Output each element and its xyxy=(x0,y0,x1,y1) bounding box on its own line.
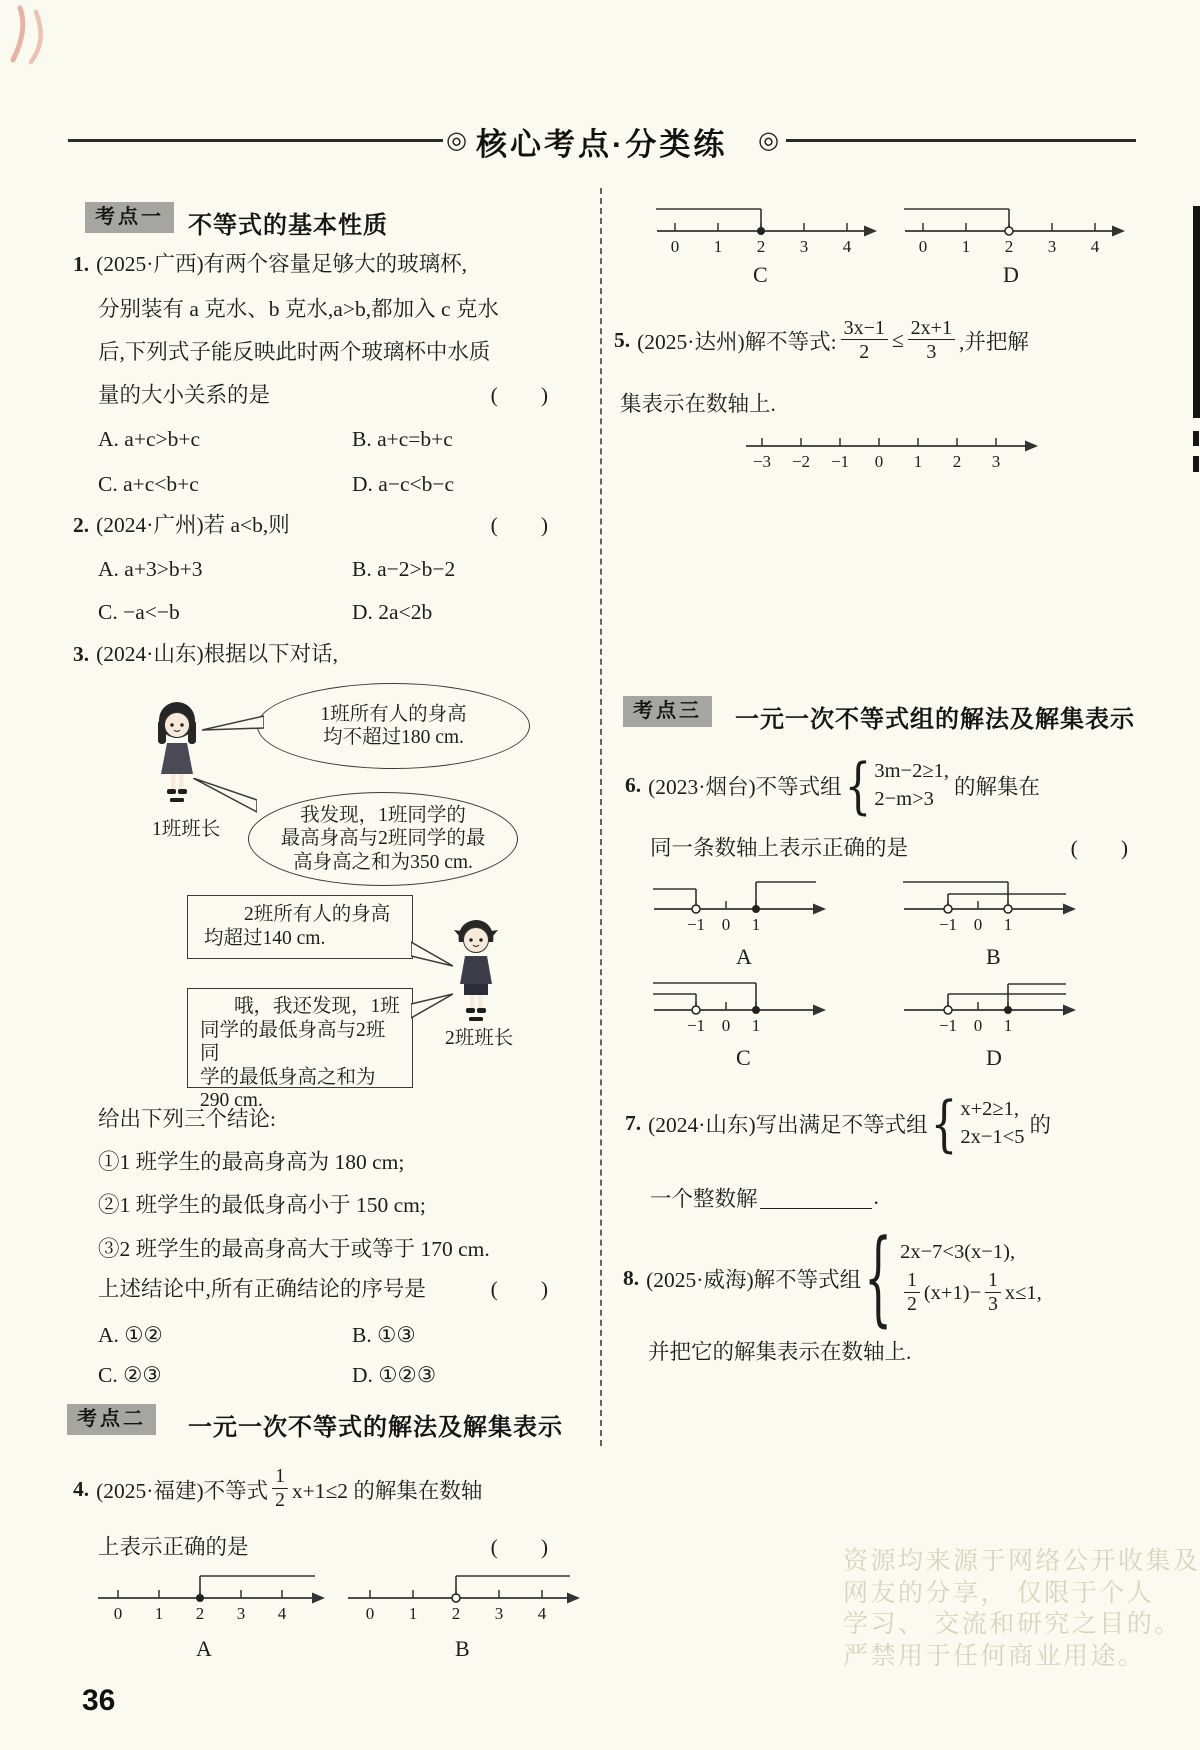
relation-symbol: ≤ xyxy=(892,328,904,353)
page-title: 核心考点·分类练 xyxy=(476,119,727,164)
numberline-q6-D: −101 xyxy=(898,977,1078,1046)
question-text: (2024·广州)若 a<b,则 xyxy=(96,513,290,537)
svg-text:2: 2 xyxy=(196,1604,205,1623)
svg-text:2: 2 xyxy=(452,1604,461,1623)
question-number: 4. xyxy=(73,1477,96,1502)
question-6-line-1: 6. (2023·烟台)不等式组 { 3m−2≥1, 2−m>3 的解集在 xyxy=(625,752,1137,818)
question-number: 2. xyxy=(73,513,96,537)
question-number: 8. xyxy=(623,1266,646,1291)
watermark-line: 网友的分享， 仅限于个人 xyxy=(843,1578,1200,1610)
scan-edge-bar xyxy=(1193,206,1200,418)
svg-text:−1: −1 xyxy=(687,1016,705,1035)
speech-bubble-2: 我发现，1班同学的 最高身高与2班同学的最 高身高之和为350 cm. xyxy=(248,792,518,886)
svg-text:0: 0 xyxy=(722,1016,731,1035)
svg-text:3: 3 xyxy=(992,452,1001,471)
system-row: 2−m>3 xyxy=(874,785,949,813)
header-rule-left xyxy=(68,139,443,142)
svg-text:0: 0 xyxy=(974,1016,983,1035)
question-1-line-2: 分别装有 a 克水、b 克水,a>b,都加入 c 克水 xyxy=(98,294,499,324)
question-number: 7. xyxy=(625,1111,648,1136)
bubble-text: 高身高之和为350 cm. xyxy=(249,851,517,875)
fraction: 2x+1 3 xyxy=(908,317,955,364)
option-B: B. ①③ xyxy=(352,1320,416,1350)
brace-icon: { xyxy=(931,1087,958,1158)
question-number: 1. xyxy=(73,252,96,276)
question-number: 3. xyxy=(73,642,96,666)
question-3-conclusion-lead: 给出下列三个结论: xyxy=(98,1104,276,1134)
option-A: A. a+c>b+c xyxy=(98,424,352,454)
svg-text:1: 1 xyxy=(1004,915,1013,934)
option-A: A. a+3>b+3 xyxy=(98,554,352,584)
bubble-text: 同学的最低身高与2班同 xyxy=(200,1019,404,1066)
answer-paren: ( ) xyxy=(491,1532,548,1562)
ornament-icon: ◎ xyxy=(446,126,467,155)
svg-text:3: 3 xyxy=(1048,237,1057,256)
question-4-line-2: 上表示正确的是 ( ) xyxy=(98,1532,548,1562)
svg-text:−1: −1 xyxy=(831,452,849,471)
svg-text:0: 0 xyxy=(875,452,884,471)
svg-text:1: 1 xyxy=(914,452,923,471)
question-text: (2025·威海)解不等式组 xyxy=(646,1263,861,1294)
bubble-tail xyxy=(202,708,264,740)
question-text: 同一条数轴上表示正确的是 xyxy=(650,833,908,863)
svg-text:0: 0 xyxy=(722,915,731,934)
inequality-system: x+2≥1, 2x−1<5 xyxy=(960,1095,1024,1151)
fraction-denominator: 3 xyxy=(926,340,936,363)
question-3-options-row-1: A. ①② B. ①③ xyxy=(98,1320,548,1350)
question-text: . xyxy=(874,1185,879,1210)
watermark: 资源均来源于网络公开收集及 网友的分享， 仅限于个人 学习、 交流和研究之目的。… xyxy=(843,1546,1200,1672)
fraction-denominator: 2 xyxy=(275,1489,285,1512)
bubble-text: 2班所有人的身高 xyxy=(204,903,402,927)
question-8-line-2: 并把它的解集表示在数轴上. xyxy=(648,1337,911,1367)
workbook-page: ◎ 核心考点·分类练 ◎ 考点一 不等式的基本性质 1.(2025·广西)有两个… xyxy=(0,0,1200,1750)
header-rule-right xyxy=(786,139,1136,142)
question-1-line-4: 量的大小关系的是 ( ) xyxy=(98,380,548,410)
inequality-system: 3m−2≥1, 2−m>3 xyxy=(874,757,949,813)
numberline-label-D: D xyxy=(1003,262,1019,288)
scan-edge-dash xyxy=(1193,431,1199,446)
svg-text:−2: −2 xyxy=(792,452,810,471)
speech-bubble-3: 2班所有人的身高 均超过140 cm. xyxy=(187,895,413,959)
question-text: 量的大小关系的是 xyxy=(98,380,270,410)
svg-text:0: 0 xyxy=(974,915,983,934)
boy-avatar xyxy=(450,918,502,1024)
question-text: 一个整数解 xyxy=(650,1182,758,1213)
svg-text:1: 1 xyxy=(752,915,761,934)
question-3-conclusion-1: ①1 班学生的最高身高为 180 cm; xyxy=(98,1147,404,1177)
section-title-2: 一元一次不等式的解法及解集表示 xyxy=(188,1407,563,1442)
section-badge-1: 考点一 xyxy=(85,202,174,233)
fraction: 1 2 xyxy=(904,1270,920,1316)
question-2-options-row-1: A. a+3>b+3 B. a−2>b−2 xyxy=(98,554,548,584)
svg-text:2: 2 xyxy=(1005,237,1014,256)
svg-text:4: 4 xyxy=(1091,237,1100,256)
fraction: 1 2 xyxy=(272,1466,288,1512)
system-row: 2x−1<5 xyxy=(960,1123,1024,1151)
system-row: 1 2 (x+1)− 1 3 x≤1, xyxy=(900,1267,1042,1319)
question-8-line-1: 8. (2025·威海)解不等式组 { 2x−7<3(x−1), 1 2 (x+… xyxy=(623,1222,1138,1334)
numberline-q4-B: 01234 xyxy=(342,1570,582,1639)
bubble-tail xyxy=(411,992,453,1022)
question-text: x+1≤2 的解集在数轴 xyxy=(292,1474,483,1505)
question-7-line-2: 一个整数解 . xyxy=(650,1180,879,1214)
question-1-line-1: 1.(2025·广西)有两个容量足够大的玻璃杯, xyxy=(73,249,467,279)
question-text: 上述结论中,所有正确结论的序号是 xyxy=(98,1274,426,1304)
svg-text:1: 1 xyxy=(155,1604,164,1623)
question-number: 5. xyxy=(614,328,637,353)
fraction: 1 3 xyxy=(985,1270,1001,1316)
watermark-line: 严禁用于任何商业用途。 xyxy=(843,1641,1200,1673)
section-title-1: 不等式的基本性质 xyxy=(188,205,388,240)
svg-text:−3: −3 xyxy=(753,452,771,471)
column-divider xyxy=(600,188,602,1446)
question-1-line-3: 后,下列式子能反映此时两个玻璃杯中水质 xyxy=(98,337,490,367)
question-text: (2025·广西)有两个容量足够大的玻璃杯, xyxy=(96,252,467,276)
svg-text:4: 4 xyxy=(538,1604,547,1623)
question-3-conclusion-3: ③2 班学生的最高身高大于或等于 170 cm. xyxy=(98,1234,490,1264)
option-D: D. a−c<b−c xyxy=(352,469,454,499)
boy-label: 2班班长 xyxy=(445,1022,513,1050)
option-D: D. 2a<2b xyxy=(352,597,432,627)
watermark-line: 资源均来源于网络公开收集及 xyxy=(843,1546,1200,1578)
question-6-line-2: 同一条数轴上表示正确的是 ( ) xyxy=(650,833,1128,863)
numberline-q6-C: −101 xyxy=(648,977,828,1046)
option-C: C. ②③ xyxy=(98,1360,352,1390)
svg-text:3: 3 xyxy=(800,237,809,256)
question-5-line-1: 5. (2025·达州)解不等式: 3x−1 2 ≤ 2x+1 3 ,并把解 xyxy=(614,310,1139,370)
question-text: 的解集在 xyxy=(954,770,1040,801)
question-text: 上表示正确的是 xyxy=(98,1532,249,1562)
svg-text:0: 0 xyxy=(919,237,928,256)
speech-bubble-1: 1班所有人的身高 均不超过180 cm. xyxy=(257,683,530,769)
numberline-q6-A: −101 xyxy=(648,876,828,945)
system-row-text: x≤1, xyxy=(1005,1278,1042,1308)
numberline-label-C: C xyxy=(753,262,768,288)
scan-edge-dash xyxy=(1193,456,1199,472)
pen-mark xyxy=(4,2,56,68)
bubble-text: 学的最低身高之和为 xyxy=(200,1066,404,1090)
fraction-denominator: 3 xyxy=(988,1293,998,1316)
answer-blank xyxy=(760,1186,872,1209)
option-B: B. a+c=b+c xyxy=(352,424,453,454)
bubble-text: 均不超过180 cm. xyxy=(258,726,529,750)
question-text: 的 xyxy=(1029,1108,1051,1139)
numberline-q5: −3−2−10123 xyxy=(740,418,1040,479)
answer-paren: ( ) xyxy=(491,380,548,410)
question-4-line-1: 4. (2025·福建)不等式 1 2 x+1≤2 的解集在数轴 xyxy=(73,1460,553,1518)
fraction-numerator: 1 xyxy=(272,1466,288,1489)
numberline-label-A: A xyxy=(736,944,752,970)
system-row-text: (x+1)− xyxy=(924,1278,981,1308)
dialogue-illustration: 1班班长 1班所有人的身高 均不超过180 cm. 我发现，1班同学的 最高身高… xyxy=(60,680,565,1105)
fraction-numerator: 3x−1 xyxy=(841,317,888,340)
svg-text:3: 3 xyxy=(237,1604,246,1623)
bubble-text: 1班所有人的身高 xyxy=(258,703,529,727)
svg-text:3: 3 xyxy=(495,1604,504,1623)
question-2-options-row-2: C. −a<−b D. 2a<2b xyxy=(98,597,548,627)
question-text: (2024·山东)根据以下对话, xyxy=(96,642,338,666)
brace-icon: { xyxy=(864,1218,892,1338)
inequality-system: 2x−7<3(x−1), 1 2 (x+1)− 1 3 x≤1, xyxy=(900,1237,1042,1319)
question-text: (2025·福建)不等式 xyxy=(96,1474,268,1505)
section-badge-3: 考点三 xyxy=(623,696,712,727)
question-3-ask: 上述结论中,所有正确结论的序号是 ( ) xyxy=(98,1274,548,1304)
svg-text:1: 1 xyxy=(962,237,971,256)
fraction: 3x−1 2 xyxy=(841,317,888,364)
question-text: (2025·达州)解不等式: xyxy=(637,325,836,356)
question-1-options-row-1: A. a+c>b+c B. a+c=b+c xyxy=(98,424,548,454)
bubble-text: 最高身高与2班同学的最 xyxy=(249,827,517,851)
svg-text:−1: −1 xyxy=(687,915,705,934)
fraction-numerator: 1 xyxy=(904,1270,920,1293)
numberline-label-D: D xyxy=(986,1045,1002,1071)
system-row: 2x−7<3(x−1), xyxy=(900,1237,1042,1267)
svg-text:−1: −1 xyxy=(939,1016,957,1035)
svg-text:0: 0 xyxy=(671,237,680,256)
numberline-q4-A: 01234 xyxy=(92,1570,327,1639)
svg-text:1: 1 xyxy=(1004,1016,1013,1035)
option-C: C. −a<−b xyxy=(98,597,352,627)
question-3-options-row-2: C. ②③ D. ①②③ xyxy=(98,1360,548,1390)
numberline-q6-B: −101 xyxy=(898,876,1078,945)
question-text: (2023·烟台)不等式组 xyxy=(648,770,841,801)
svg-text:0: 0 xyxy=(114,1604,123,1623)
speech-bubble-4: 哦，我还发现，1班 同学的最低身高与2班同 学的最低身高之和为 290 cm. xyxy=(187,988,413,1088)
bubble-text: 我发现，1班同学的 xyxy=(249,804,517,828)
svg-text:2: 2 xyxy=(953,452,962,471)
option-C: C. a+c<b+c xyxy=(98,469,352,499)
brace-icon: { xyxy=(845,749,872,820)
fraction-numerator: 2x+1 xyxy=(908,317,955,340)
ornament-icon: ◎ xyxy=(758,126,779,155)
svg-text:4: 4 xyxy=(278,1604,287,1623)
bubble-text: 哦，我还发现，1班 xyxy=(200,995,404,1019)
numberline-label-B: B xyxy=(986,944,1001,970)
question-2-line-1: 2.(2024·广州)若 a<b,则 ( ) xyxy=(73,510,548,540)
question-1-options-row-2: C. a+c<b+c D. a−c<b−c xyxy=(98,469,548,499)
bubble-text: 均超过140 cm. xyxy=(204,927,402,951)
question-3-conclusion-2: ②1 班学生的最低身高小于 150 cm; xyxy=(98,1190,426,1220)
answer-paren: ( ) xyxy=(1071,833,1128,863)
svg-text:−1: −1 xyxy=(939,915,957,934)
svg-text:2: 2 xyxy=(757,237,766,256)
svg-text:1: 1 xyxy=(714,237,723,256)
answer-paren: ( ) xyxy=(491,510,548,540)
question-3-line-1: 3.(2024·山东)根据以下对话, xyxy=(73,639,338,669)
section-title-3: 一元一次不等式组的解法及解集表示 xyxy=(735,699,1135,734)
fraction-numerator: 1 xyxy=(985,1270,1001,1293)
option-A: A. ①② xyxy=(98,1320,352,1350)
svg-text:4: 4 xyxy=(843,237,852,256)
fraction-denominator: 2 xyxy=(907,1293,917,1316)
page-number: 36 xyxy=(82,1684,115,1718)
bubble-tail xyxy=(411,940,453,974)
option-D: D. ①②③ xyxy=(352,1360,436,1390)
numberline-label-C: C xyxy=(736,1045,751,1071)
answer-paren: ( ) xyxy=(491,1274,548,1304)
bubble-tail xyxy=(193,778,257,818)
svg-text:0: 0 xyxy=(366,1604,375,1623)
fraction-denominator: 2 xyxy=(859,340,869,363)
option-B: B. a−2>b−2 xyxy=(352,554,455,584)
system-row: 3m−2≥1, xyxy=(874,757,949,785)
section-badge-2: 考点二 xyxy=(67,1404,156,1435)
numberline-label-A: A xyxy=(196,1636,212,1662)
question-7-line-1: 7. (2024·山东)写出满足不等式组 { x+2≥1, 2x−1<5 的 xyxy=(625,1090,1137,1156)
numberline-label-B: B xyxy=(455,1636,470,1662)
question-text: ,并把解 xyxy=(959,325,1029,356)
system-row: x+2≥1, xyxy=(960,1095,1024,1123)
watermark-line: 学习、 交流和研究之目的。 xyxy=(843,1609,1200,1641)
svg-text:1: 1 xyxy=(409,1604,418,1623)
question-text: (2024·山东)写出满足不等式组 xyxy=(648,1108,927,1139)
svg-text:1: 1 xyxy=(752,1016,761,1035)
question-5-line-2: 集表示在数轴上. xyxy=(620,389,776,419)
question-number: 6. xyxy=(625,773,648,798)
